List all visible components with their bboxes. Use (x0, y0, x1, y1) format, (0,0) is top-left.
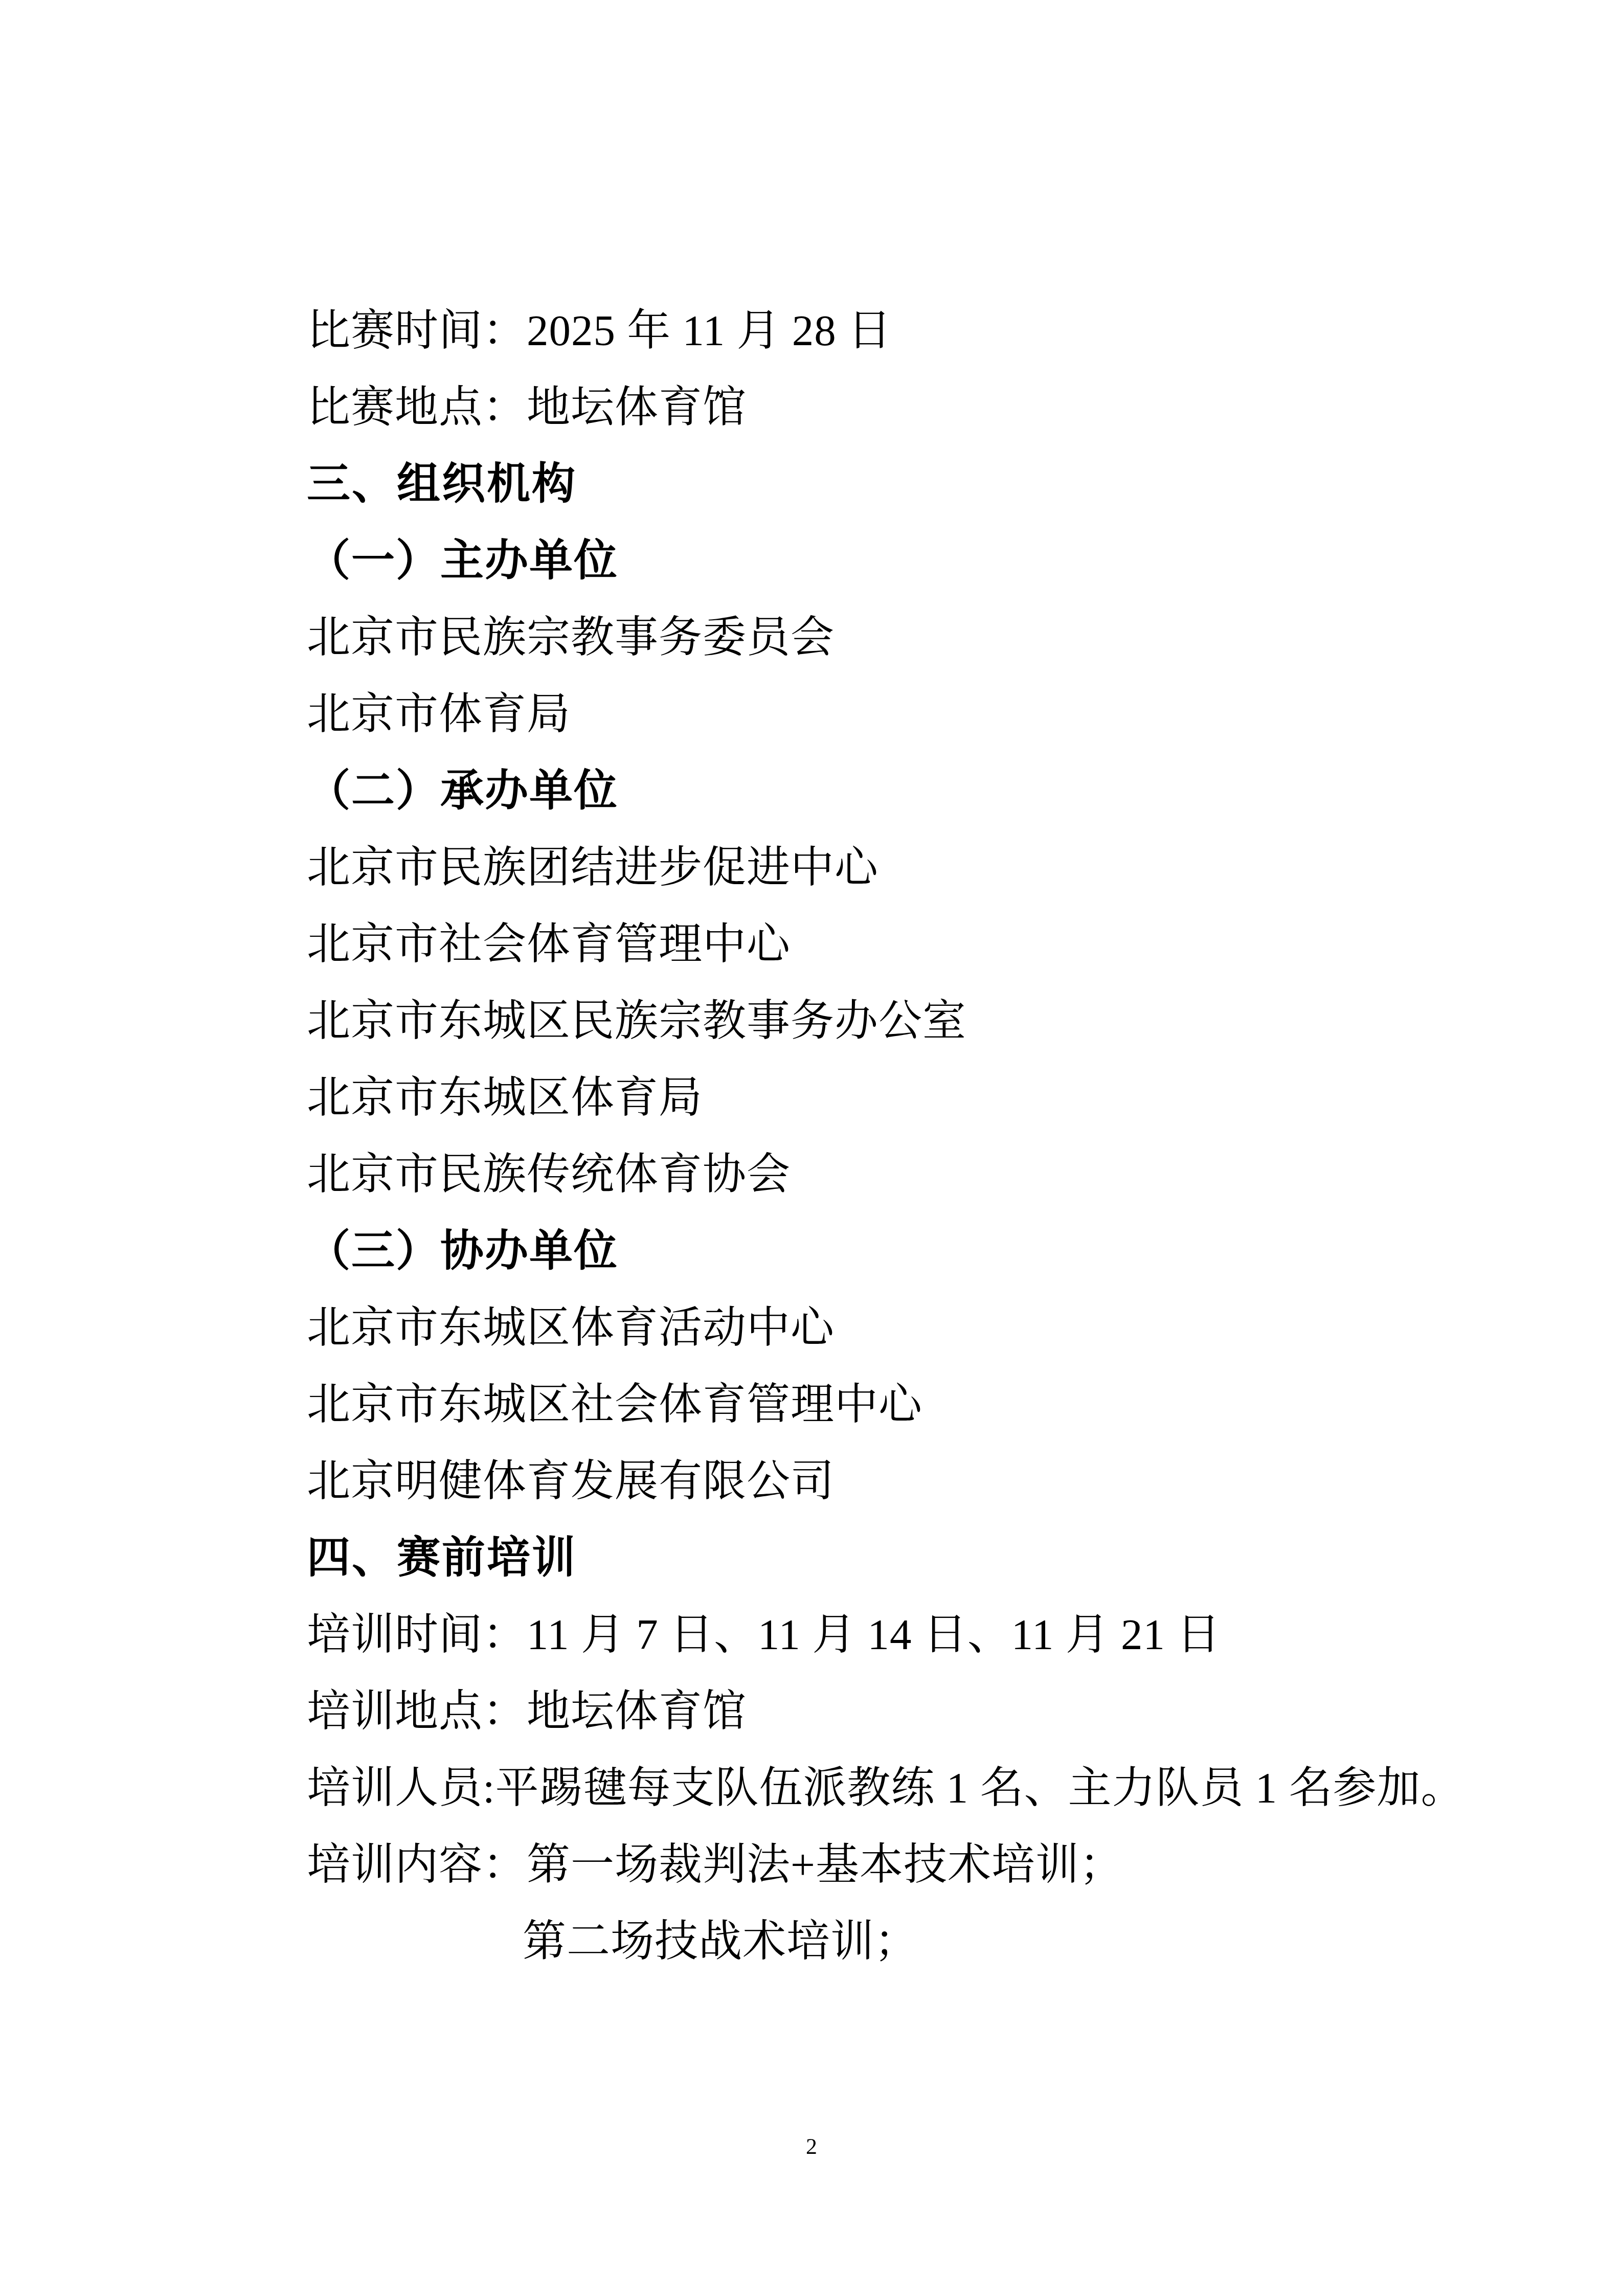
document-page: 比赛时间：2025 年 11 月 28 日 比赛地点：地坛体育馆 三、组织机构 … (0, 0, 1623, 2296)
organizer-org-line-5: 北京市民族传统体育协会 (307, 1136, 791, 1213)
training-venue-line: 培训地点：地坛体育馆 (307, 1673, 747, 1750)
co-organizer-org-line-3: 北京明健体育发展有限公司 (307, 1443, 835, 1520)
subsection-2-heading: （二）承办单位 (307, 753, 618, 829)
competition-time-line: 比赛时间：2025 年 11 月 28 日 (307, 292, 892, 369)
training-personnel-line: 培训人员:平踢毽每支队伍派教练 1 名、主力队员 1 名参加。 (307, 1750, 1465, 1827)
organizer-org-line-3: 北京市东城区民族宗教事务办公室 (307, 983, 966, 1060)
organizer-org-line-1: 北京市民族团结进步促进中心 (307, 829, 878, 906)
section-3-heading: 三、组织机构 (307, 446, 577, 523)
co-organizer-org-line-1: 北京市东城区体育活动中心 (307, 1290, 835, 1366)
competition-venue-line: 比赛地点：地坛体育馆 (307, 369, 747, 446)
organizer-org-line-2: 北京市社会体育管理中心 (307, 906, 791, 983)
section-4-heading: 四、赛前培训 (307, 1520, 577, 1596)
page-number: 2 (0, 2126, 1623, 2167)
co-organizer-org-line-2: 北京市东城区社会体育管理中心 (307, 1366, 922, 1443)
training-content-line-2: 第二场技战术培训； (523, 1903, 918, 1980)
subsection-1-heading: （一）主办单位 (307, 523, 618, 599)
host-org-line-1: 北京市民族宗教事务委员会 (307, 599, 835, 676)
organizer-org-line-4: 北京市东城区体育局 (307, 1060, 703, 1136)
training-time-line: 培训时间：11 月 7 日、11 月 14 日、11 月 21 日 (307, 1596, 1221, 1673)
subsection-3-heading: （三）协办单位 (307, 1213, 618, 1290)
host-org-line-2: 北京市体育局 (307, 676, 571, 753)
training-content-line-1: 培训内容：第一场裁判法+基本技术培训； (307, 1827, 1123, 1903)
